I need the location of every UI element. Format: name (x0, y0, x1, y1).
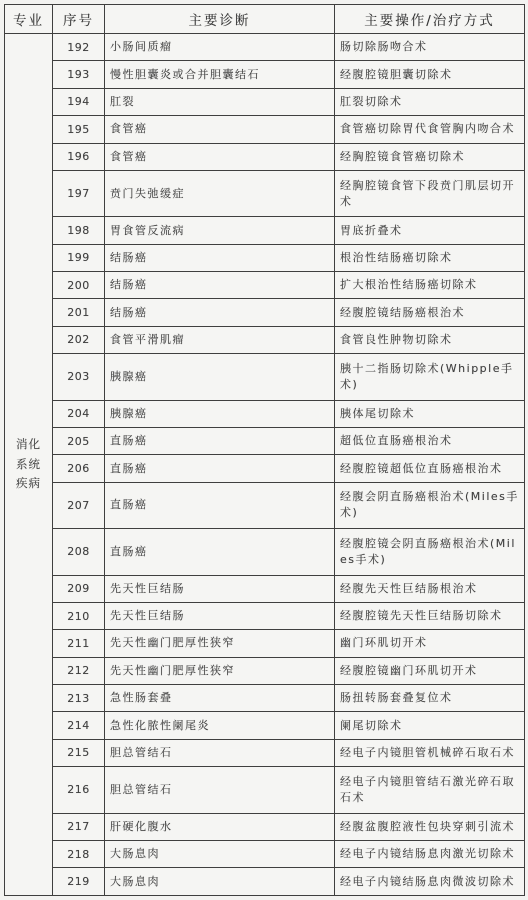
operation-cell: 扩大根治性结肠癌切除术 (335, 272, 525, 299)
serial-number-cell: 219 (53, 868, 105, 896)
diagnosis-cell: 胆总管结石 (105, 767, 335, 813)
table-row: 206直肠癌经腹腔镜超低位直肠癌根治术 (5, 455, 525, 482)
table-row: 201结肠癌经腹腔镜结肠癌根治术 (5, 299, 525, 326)
serial-number-cell: 202 (53, 326, 105, 353)
medical-procedures-table: 专业 序号 主要诊断 主要操作/治疗方式 消化系统疾病192小肠间质瘤肠切除肠吻… (4, 4, 525, 896)
operation-cell: 经腹腔镜胆囊切除术 (335, 61, 525, 88)
serial-number-cell: 192 (53, 34, 105, 61)
operation-cell: 胰十二指肠切除术(Whipple手术) (335, 354, 525, 400)
table-row: 210先天性巨结肠经腹腔镜先天性巨结肠切除术 (5, 602, 525, 629)
serial-number-cell: 195 (53, 116, 105, 143)
table-row: 219大肠息肉经电子内镜结肠息肉微波切除术 (5, 868, 525, 896)
operation-cell: 经腹腔镜超低位直肠癌根治术 (335, 455, 525, 482)
table-row: 200结肠癌扩大根治性结肠癌切除术 (5, 272, 525, 299)
scanned-document-page: 专业 序号 主要诊断 主要操作/治疗方式 消化系统疾病192小肠间质瘤肠切除肠吻… (0, 0, 528, 900)
operation-cell: 经腹先天性巨结肠根治术 (335, 575, 525, 602)
table-row: 213急性肠套叠肠扭转肠套叠复位术 (5, 685, 525, 712)
serial-number-cell: 199 (53, 244, 105, 271)
diagnosis-cell: 肛裂 (105, 88, 335, 115)
serial-number-cell: 205 (53, 427, 105, 454)
diagnosis-cell: 结肠癌 (105, 272, 335, 299)
operation-cell: 幽门环肌切开术 (335, 630, 525, 657)
operation-cell: 经腹腔镜幽门环肌切开术 (335, 657, 525, 684)
table-row: 211先天性幽门肥厚性狭窄幽门环肌切开术 (5, 630, 525, 657)
serial-number-cell: 213 (53, 685, 105, 712)
diagnosis-cell: 直肠癌 (105, 427, 335, 454)
serial-number-cell: 197 (53, 170, 105, 216)
table-row: 207直肠癌经腹会阴直肠癌根治术(Miles手术) (5, 482, 525, 528)
operation-cell: 经电子内镜胆管机械碎石取石术 (335, 739, 525, 766)
operation-cell: 经腹会阴直肠癌根治术(Miles手术) (335, 482, 525, 528)
operation-cell: 食管良性肿物切除术 (335, 326, 525, 353)
operation-cell: 经电子内镜胆管结石激光碎石取石术 (335, 767, 525, 813)
diagnosis-cell: 先天性巨结肠 (105, 602, 335, 629)
table-row: 218大肠息肉经电子内镜结肠息肉激光切除术 (5, 840, 525, 867)
table-row: 216胆总管结石经电子内镜胆管结石激光碎石取石术 (5, 767, 525, 813)
operation-cell: 经腹腔镜会阴直肠癌根治术(Miles手术) (335, 529, 525, 575)
serial-number-cell: 215 (53, 739, 105, 766)
table-row: 214急性化脓性阑尾炎阑尾切除术 (5, 712, 525, 739)
diagnosis-cell: 慢性胆囊炎或合并胆囊结石 (105, 61, 335, 88)
header-specialty: 专业 (5, 5, 53, 34)
operation-cell: 肠切除肠吻合术 (335, 34, 525, 61)
diagnosis-cell: 贲门失弛缓症 (105, 170, 335, 216)
serial-number-cell: 201 (53, 299, 105, 326)
operation-cell: 肛裂切除术 (335, 88, 525, 115)
serial-number-cell: 207 (53, 482, 105, 528)
operation-cell: 经腹腔镜结肠癌根治术 (335, 299, 525, 326)
table-row: 209先天性巨结肠经腹先天性巨结肠根治术 (5, 575, 525, 602)
table-row: 194肛裂肛裂切除术 (5, 88, 525, 115)
operation-cell: 超低位直肠癌根治术 (335, 427, 525, 454)
serial-number-cell: 216 (53, 767, 105, 813)
table-header-row: 专业 序号 主要诊断 主要操作/治疗方式 (5, 5, 525, 34)
diagnosis-cell: 急性肠套叠 (105, 685, 335, 712)
serial-number-cell: 193 (53, 61, 105, 88)
serial-number-cell: 218 (53, 840, 105, 867)
table-row: 205直肠癌超低位直肠癌根治术 (5, 427, 525, 454)
diagnosis-cell: 先天性幽门肥厚性狭窄 (105, 657, 335, 684)
serial-number-cell: 210 (53, 602, 105, 629)
serial-number-cell: 211 (53, 630, 105, 657)
serial-number-cell: 214 (53, 712, 105, 739)
serial-number-cell: 203 (53, 354, 105, 400)
operation-cell: 经腹腔镜先天性巨结肠切除术 (335, 602, 525, 629)
operation-cell: 根治性结肠癌切除术 (335, 244, 525, 271)
diagnosis-cell: 急性化脓性阑尾炎 (105, 712, 335, 739)
table-row: 193慢性胆囊炎或合并胆囊结石经腹腔镜胆囊切除术 (5, 61, 525, 88)
specialty-category-cell: 消化系统疾病 (5, 34, 53, 896)
table-row: 212先天性幽门肥厚性狭窄经腹腔镜幽门环肌切开术 (5, 657, 525, 684)
table-row: 196食管癌经胸腔镜食管癌切除术 (5, 143, 525, 170)
operation-cell: 胃底折叠术 (335, 217, 525, 244)
diagnosis-cell: 直肠癌 (105, 455, 335, 482)
diagnosis-cell: 小肠间质瘤 (105, 34, 335, 61)
table-row: 204胰腺癌胰体尾切除术 (5, 400, 525, 427)
diagnosis-cell: 胰腺癌 (105, 400, 335, 427)
operation-cell: 经腹盆腹腔液性包块穿刺引流术 (335, 813, 525, 840)
serial-number-cell: 194 (53, 88, 105, 115)
table-row: 217肝硬化腹水经腹盆腹腔液性包块穿刺引流术 (5, 813, 525, 840)
diagnosis-cell: 结肠癌 (105, 244, 335, 271)
serial-number-cell: 209 (53, 575, 105, 602)
table-row: 203胰腺癌胰十二指肠切除术(Whipple手术) (5, 354, 525, 400)
serial-number-cell: 206 (53, 455, 105, 482)
diagnosis-cell: 胃食管反流病 (105, 217, 335, 244)
diagnosis-cell: 胰腺癌 (105, 354, 335, 400)
diagnosis-cell: 胆总管结石 (105, 739, 335, 766)
diagnosis-cell: 肝硬化腹水 (105, 813, 335, 840)
operation-cell: 经电子内镜结肠息肉激光切除术 (335, 840, 525, 867)
diagnosis-cell: 先天性巨结肠 (105, 575, 335, 602)
table-row: 208直肠癌经腹腔镜会阴直肠癌根治术(Miles手术) (5, 529, 525, 575)
serial-number-cell: 212 (53, 657, 105, 684)
serial-number-cell: 204 (53, 400, 105, 427)
table-row: 消化系统疾病192小肠间质瘤肠切除肠吻合术 (5, 34, 525, 61)
diagnosis-cell: 大肠息肉 (105, 868, 335, 896)
header-serial-number: 序号 (53, 5, 105, 34)
table-row: 215胆总管结石经电子内镜胆管机械碎石取石术 (5, 739, 525, 766)
operation-cell: 胰体尾切除术 (335, 400, 525, 427)
table-row: 202食管平滑肌瘤食管良性肿物切除术 (5, 326, 525, 353)
operation-cell: 肠扭转肠套叠复位术 (335, 685, 525, 712)
diagnosis-cell: 食管癌 (105, 143, 335, 170)
header-main-diagnosis: 主要诊断 (105, 5, 335, 34)
table-row: 198胃食管反流病胃底折叠术 (5, 217, 525, 244)
header-main-operation: 主要操作/治疗方式 (335, 5, 525, 34)
diagnosis-cell: 食管癌 (105, 116, 335, 143)
operation-cell: 食管癌切除胃代食管胸内吻合术 (335, 116, 525, 143)
serial-number-cell: 200 (53, 272, 105, 299)
serial-number-cell: 198 (53, 217, 105, 244)
operation-cell: 经胸腔镜食管下段贲门肌层切开术 (335, 170, 525, 216)
serial-number-cell: 196 (53, 143, 105, 170)
diagnosis-cell: 大肠息肉 (105, 840, 335, 867)
table-row: 197贲门失弛缓症经胸腔镜食管下段贲门肌层切开术 (5, 170, 525, 216)
diagnosis-cell: 直肠癌 (105, 482, 335, 528)
operation-cell: 经电子内镜结肠息肉微波切除术 (335, 868, 525, 896)
serial-number-cell: 208 (53, 529, 105, 575)
diagnosis-cell: 直肠癌 (105, 529, 335, 575)
table-row: 199结肠癌根治性结肠癌切除术 (5, 244, 525, 271)
diagnosis-cell: 食管平滑肌瘤 (105, 326, 335, 353)
serial-number-cell: 217 (53, 813, 105, 840)
table-row: 195食管癌食管癌切除胃代食管胸内吻合术 (5, 116, 525, 143)
diagnosis-cell: 结肠癌 (105, 299, 335, 326)
diagnosis-cell: 先天性幽门肥厚性狭窄 (105, 630, 335, 657)
operation-cell: 经胸腔镜食管癌切除术 (335, 143, 525, 170)
operation-cell: 阑尾切除术 (335, 712, 525, 739)
